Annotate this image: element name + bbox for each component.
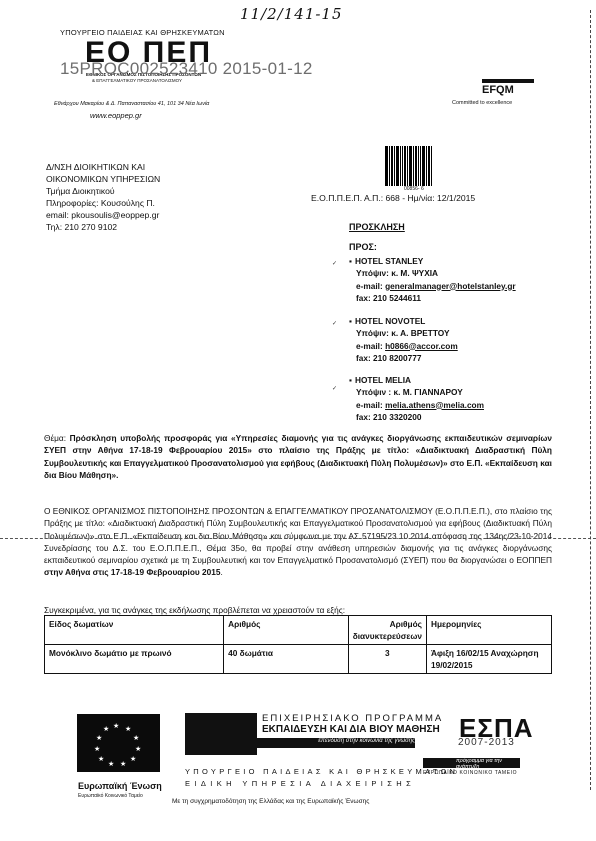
sender-phone: Τηλ: 210 270 9102 [46, 221, 160, 233]
book-logo-icon [185, 713, 257, 755]
room-count: 40 δωμάτια [224, 645, 349, 674]
org-website[interactable]: www.eoppep.gr [90, 111, 142, 120]
protocol-number: Ε.Ο.Π.Π.Ε.Π. Α.Π.: 668 - Ημ/νία: 12/1/20… [311, 193, 475, 203]
hotel-name: HOTEL MELIA [349, 374, 484, 386]
sender-line: Δ/ΝΣΗ ΔΙΟΙΚΗΤΙΚΩΝ ΚΑΙ [46, 161, 160, 173]
hotel-email-link[interactable]: h0866@accor.com [385, 341, 458, 351]
table-intro: Συγκεκριμένα, για τις ανάγκες της εκδήλω… [44, 605, 345, 615]
recipient-hotel-novotel: HOTEL NOVOTEL Υπόψιν: κ. Α. ΒΡΕΤΤΟΥ e-ma… [349, 315, 458, 364]
check-mark-icon: ✓ [332, 260, 337, 267]
footer-ministry: ΥΠΟΥΡΓΕΙΟ ΠΑΙΔΕΙΑΣ ΚΑΙ ΘΡΗΣΚΕΥΜΑΤΩΝ [185, 767, 458, 776]
column-header: Αριθμός διανυκτερεύσεων [348, 616, 426, 645]
body-paragraph: Ο ΕΘΝΙΚΟΣ ΟΡΓΑΝΙΣΜΟΣ ΠΙΣΤΟΠΟΙΗΣΗΣ ΠΡΟΣΟΝ… [44, 505, 552, 579]
email-label: e-mail: [356, 341, 385, 351]
hotel-fax: fax: 210 8200777 [349, 352, 458, 364]
sender-line: Πληροφορίες: Κουσούλης Π. [46, 197, 160, 209]
hotel-fax: fax: 210 3320200 [349, 411, 484, 423]
sender-line: Τμήμα Διοικητικού [46, 185, 160, 197]
espa-fund-label: ΕΥΡΩΠΑΪΚΟ ΚΟΙΝΩΝΙΚΟ ΤΑΜΕΙΟ [423, 770, 517, 776]
hotel-contact: Υπόψιν : κ. Μ. ΓΙΑΝΝΑΡΟΥ [349, 386, 484, 398]
body-text: Ο ΕΘΝΙΚΟΣ ΟΡΓΑΝΙΣΜΟΣ ΠΙΣΤΟΠΟΙΗΣΗΣ ΠΡΟΣΟΝ… [44, 506, 552, 565]
email-label: e-mail: [356, 281, 385, 291]
column-header: Αριθμός [224, 616, 349, 645]
efqm-bar [482, 79, 534, 83]
flags-icon [423, 758, 458, 768]
espa-slogan: πρόγραμμα για την ανάπτυξη [456, 758, 520, 768]
table-header-row: Είδος δωματίων Αριθμός Αριθμός διανυκτερ… [45, 616, 552, 645]
subject-paragraph: Θέμα: Πρόσκληση υποβολής προσφοράς για «… [44, 432, 552, 481]
hotel-fax: fax: 210 5244611 [349, 292, 516, 304]
efqm-tagline: Committed to excellence [452, 100, 512, 106]
eu-fund-label: Ευρωπαϊκό Κοινωνικό Ταμείο [78, 793, 143, 799]
recipient-hotel-stanley: HOTEL STANLEY Υπόψιν: κ. Μ. ΨΥΧΙΑ e-mail… [349, 255, 516, 304]
room-type: Μονόκλινο δωμάτιο με πρωινό [45, 645, 224, 674]
nights-count: 3 [348, 645, 426, 674]
handwritten-note: 11/2/141-15 [240, 5, 343, 23]
hotel-name: HOTEL NOVOTEL [349, 315, 458, 327]
sender-email[interactable]: email: pkousoulis@eoppep.gr [46, 209, 160, 221]
subject-label: Θέμα: [44, 433, 70, 443]
hotel-contact: Υπόψιν: κ. Μ. ΨΥΧΙΑ [349, 267, 516, 279]
eu-label: Ευρωπαϊκή Ένωση [78, 781, 162, 791]
check-mark-icon: ✓ [332, 385, 337, 392]
rooms-table: Είδος δωματίων Αριθμός Αριθμός διανυκτερ… [44, 615, 552, 674]
body-end: . [220, 567, 222, 577]
column-header: Είδος δωματίων [45, 616, 224, 645]
scan-fold-line [0, 538, 596, 539]
check-mark-icon: ✓ [332, 320, 337, 327]
column-header: Ημερομηνίες [426, 616, 551, 645]
event-date-location: στην Αθήνα στις 17-18-19 Φεβρουαρίου 201… [44, 567, 220, 577]
dates: Άφιξη 16/02/15 Αναχώρηση 19/02/2015 [426, 645, 551, 674]
org-address: Εθνάρχου Μακαρίου & Δ. Παπαναστασίου 41,… [54, 101, 209, 107]
cofunding-note: Με τη συγχρηματοδότηση της Ελλάδας και τ… [172, 798, 369, 805]
sender-line: ΟΙΚΟΝΟΜΙΚΩΝ ΥΠΗΡΕΣΙΩΝ [46, 173, 160, 185]
espa-years: 2007-2013 [458, 737, 515, 748]
invitation-title: ΠΡΟΣΚΛΗΣΗ [349, 222, 405, 232]
op-title-line1: ΕΠΙΧΕΙΡΗΣΙΑΚΟ ΠΡΟΓΡΑΜΜΑ [262, 713, 443, 724]
efqm-logo: EFQM [482, 84, 514, 96]
table-row: Μονόκλινο δωμάτιο με πρωινό 40 δωμάτια 3… [45, 645, 552, 674]
document-stamp-id: 15PROC002523410 2015-01-12 [60, 59, 313, 79]
email-label: e-mail: [356, 400, 385, 410]
hotel-email-link[interactable]: generalmanager@hotelstanley.gr [385, 281, 516, 291]
footer-managing-authority: ΕΙΔΙΚΗ ΥΠΗΡΕΣΙΑ ΔΙΑΧΕΙΡΙΣΗΣ [185, 779, 415, 788]
sender-block: Δ/ΝΣΗ ΔΙΟΙΚΗΤΙΚΩΝ ΚΑΙ ΟΙΚΟΝΟΜΙΚΩΝ ΥΠΗΡΕΣ… [46, 161, 160, 233]
barcode-icon [385, 146, 445, 186]
hotel-contact: Υπόψιν: κ. Α. ΒΡΕΤΤΟΥ [349, 327, 458, 339]
recipients-label: ΠΡΟΣ: [349, 242, 377, 252]
subject-text: Πρόσκληση υποβολής προσφοράς για «Υπηρεσ… [44, 433, 552, 480]
recipient-hotel-melia: HOTEL MELIA Υπόψιν : κ. Μ. ΓΙΑΝΝΑΡΟΥ e-m… [349, 374, 484, 423]
hotel-name: HOTEL STANLEY [349, 255, 516, 267]
op-title-line2: ΕΚΠΑΙΔΕΥΣΗ ΚΑΙ ΔΙΑ ΒΙΟΥ ΜΑΘΗΣΗ [262, 724, 440, 735]
op-slogan: επένδυση στην κοινωνία της γνώσης [247, 738, 415, 748]
hotel-email-link[interactable]: melia.athens@melia.com [385, 400, 484, 410]
scan-edge-line [590, 10, 591, 790]
eu-stars-icon: ★★★★★★★★★★★ [77, 714, 160, 772]
barcode-number: 00856- 6 [404, 186, 424, 192]
